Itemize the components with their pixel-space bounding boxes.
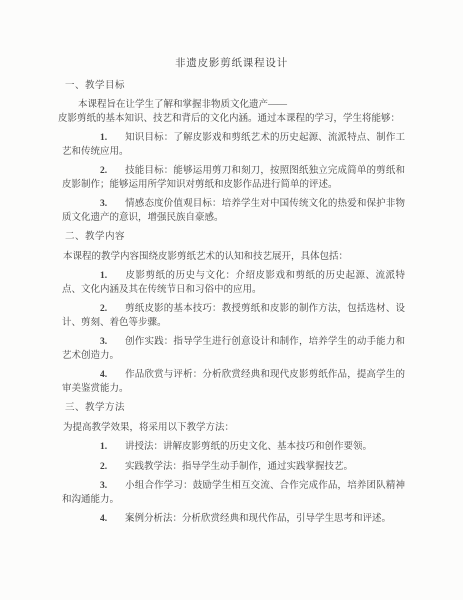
list-item: 3.创作实践：指导学生进行创意设计和制作，培养学生的动手能力和艺术创造力。 (58, 336, 405, 363)
list-item: 1.知识目标：了解皮影戏和剪纸艺术的历史起源、流派特点、制作工艺和传统应用。 (58, 132, 405, 159)
list-item-number: 1. (100, 441, 125, 455)
section-intro: 为提高教学效果，将采用以下教学方法： (58, 422, 405, 436)
list-item: 2.剪纸皮影的基本技巧：教授剪纸和皮影的制作方法，包括选材、设计、剪刻、着色等步… (58, 303, 405, 330)
list-item: 3.小组合作学习：鼓励学生相互交流、合作完成作品，培养团队精神和沟通能力。 (58, 480, 405, 507)
list-item-text: 讲授法：讲解皮影剪纸的历史文化、基本技巧和创作要领。 (125, 442, 372, 452)
section-teaching-objectives: 一、教学目标 本课程旨在让学生了解和掌握非物质文化遗产—— 皮影剪纸的基本知识、… (58, 80, 405, 226)
list-item-number: 2. (100, 165, 125, 179)
document-page: 非遗皮影剪纸课程设计 一、教学目标 本课程旨在让学生了解和掌握非物质文化遗产——… (0, 0, 463, 600)
section-teaching-content: 二、教学内容 本课程的教学内容围绕皮影剪纸艺术的认知和技艺展开，具体包括： 1.… (58, 231, 405, 396)
section-intro: 本课程旨在让学生了解和掌握非物质文化遗产—— 皮影剪纸的基本知识、技艺和背后的文… (58, 99, 405, 126)
section-teaching-methods: 三、教学方法 为提高教学效果，将采用以下教学方法： 1.讲授法：讲解皮影剪纸的历… (58, 402, 405, 527)
section-heading: 一、教学目标 (58, 80, 405, 94)
list-item-text: 案例分析法：分析欣赏经典和现代作品，引导学生思考和评述。 (125, 514, 391, 524)
list-item: 2.技能目标：能够运用剪刀和刻刀，按照图纸独立完成简单的剪纸和皮影制作；能够运用… (58, 165, 405, 192)
list-item: 1.讲授法：讲解皮影剪纸的历史文化、基本技巧和创作要领。 (58, 441, 405, 455)
list-item: 1.皮影剪纸的历史与文化：介绍皮影戏和剪纸的历史起源、流派特点、文化内涵及其在传… (58, 270, 405, 297)
list-item-number: 4. (100, 369, 125, 383)
list-item-number: 2. (100, 303, 125, 317)
list-item-number: 3. (100, 336, 125, 350)
list-item: 2.实践教学法：指导学生动手制作，通过实践掌握技艺。 (58, 461, 405, 475)
list-item-number: 2. (100, 461, 125, 475)
list-item-text: 实践教学法：指导学生动手制作，通过实践掌握技艺。 (125, 462, 353, 472)
document-title: 非遗皮影剪纸课程设计 (58, 57, 405, 71)
section-intro: 本课程的教学内容围绕皮影剪纸艺术的认知和技艺展开，具体包括： (58, 251, 405, 265)
list-item: 4.案例分析法：分析欣赏经典和现代作品，引导学生思考和评述。 (58, 513, 405, 527)
list-item-number: 1. (100, 270, 125, 284)
list-item-number: 1. (100, 132, 125, 146)
section-heading: 二、教学内容 (58, 231, 405, 245)
list-item: 4.作品欣赏与评析：分析欣赏经典和现代皮影剪纸作品，提高学生的审美鉴赏能力。 (58, 369, 405, 396)
list-item-number: 3. (100, 198, 125, 212)
section-heading: 三、教学方法 (58, 402, 405, 416)
list-item-number: 3. (100, 480, 125, 494)
list-item: 3.情感态度价值观目标：培养学生对中国传统文化的热爱和保护非物质文化遗产的意识，… (58, 198, 405, 225)
list-item-number: 4. (100, 513, 125, 527)
